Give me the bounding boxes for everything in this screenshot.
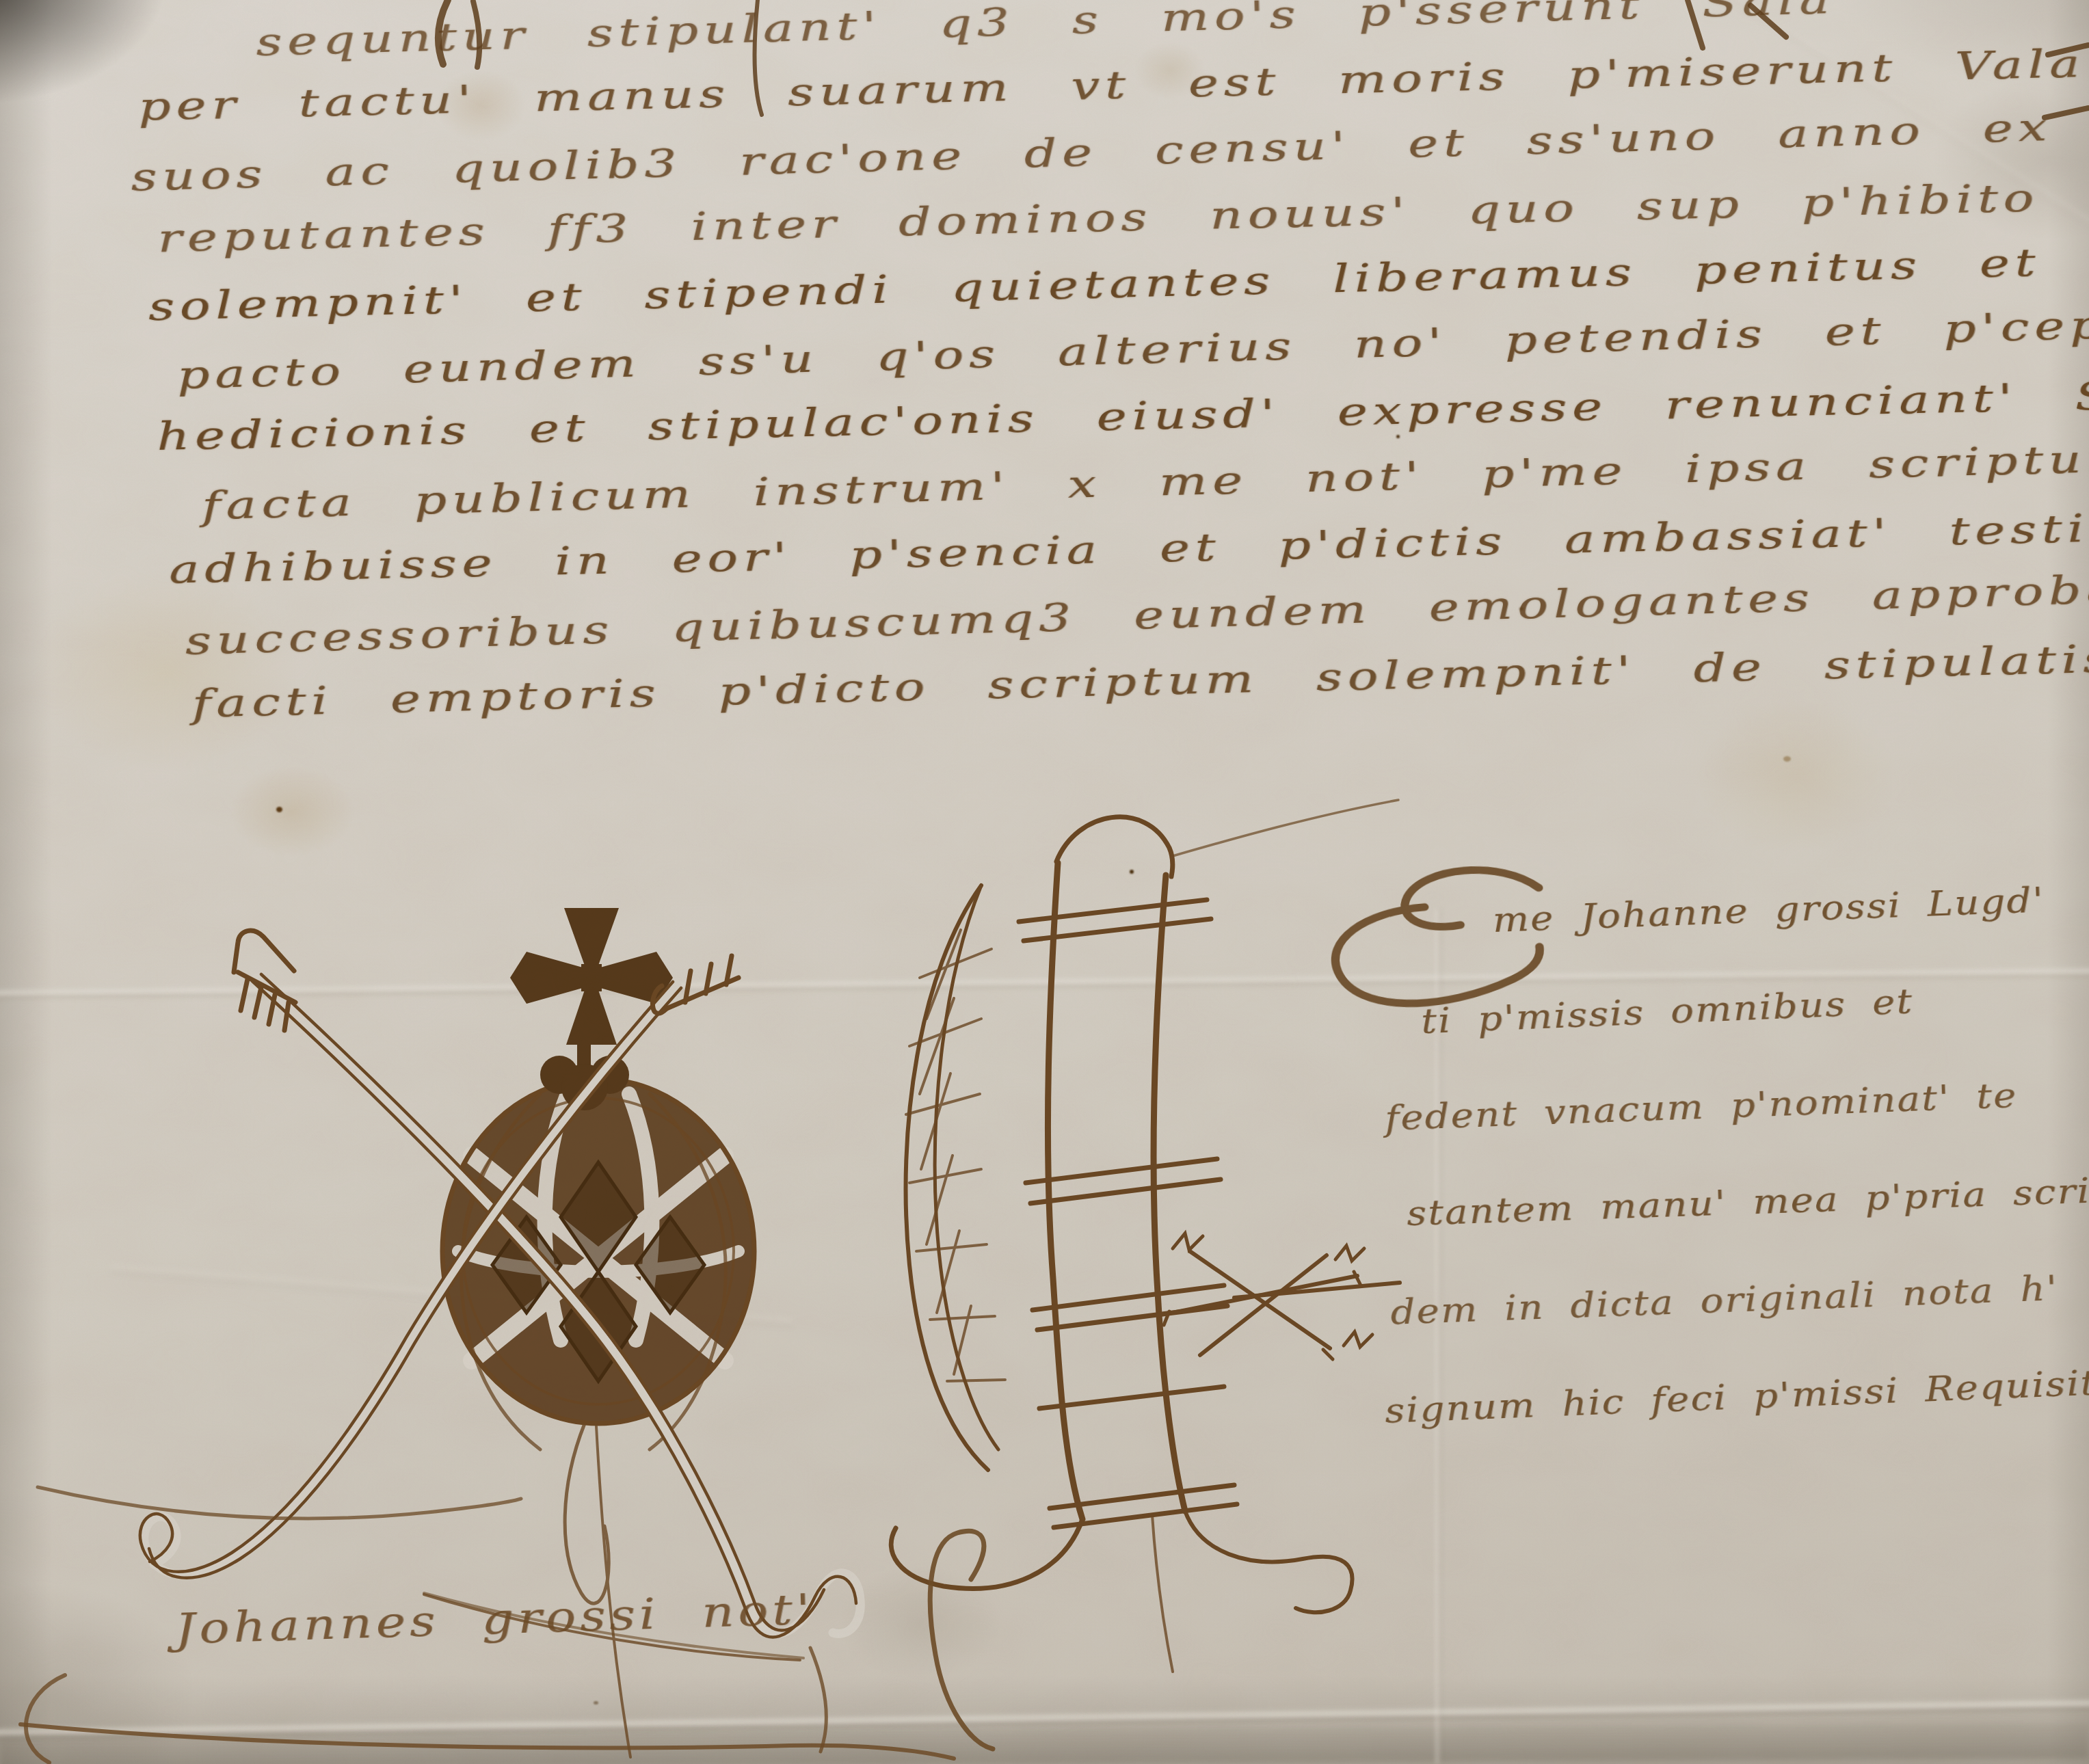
fold-crease — [0, 1698, 2089, 1741]
ink-speck — [1783, 756, 1791, 762]
manuscript-photograph: sequntur stipulant' q3 s mo's p'sserunt … — [0, 0, 2089, 1764]
notarial-subscription-block: me Johanne grossi Lugd' ti p'missis omni… — [1362, 849, 2089, 1459]
main-text-block: sequntur stipulant' q3 s mo's p'sserunt … — [120, 0, 2089, 739]
ink-speck — [594, 1701, 598, 1705]
ink-speck — [1130, 870, 1134, 874]
notary-signature: Johannes grossi not' — [174, 1588, 814, 1651]
fold-crease — [110, 1266, 793, 1327]
fold-shadow — [0, 1723, 2089, 1764]
ink-speck — [276, 807, 282, 812]
